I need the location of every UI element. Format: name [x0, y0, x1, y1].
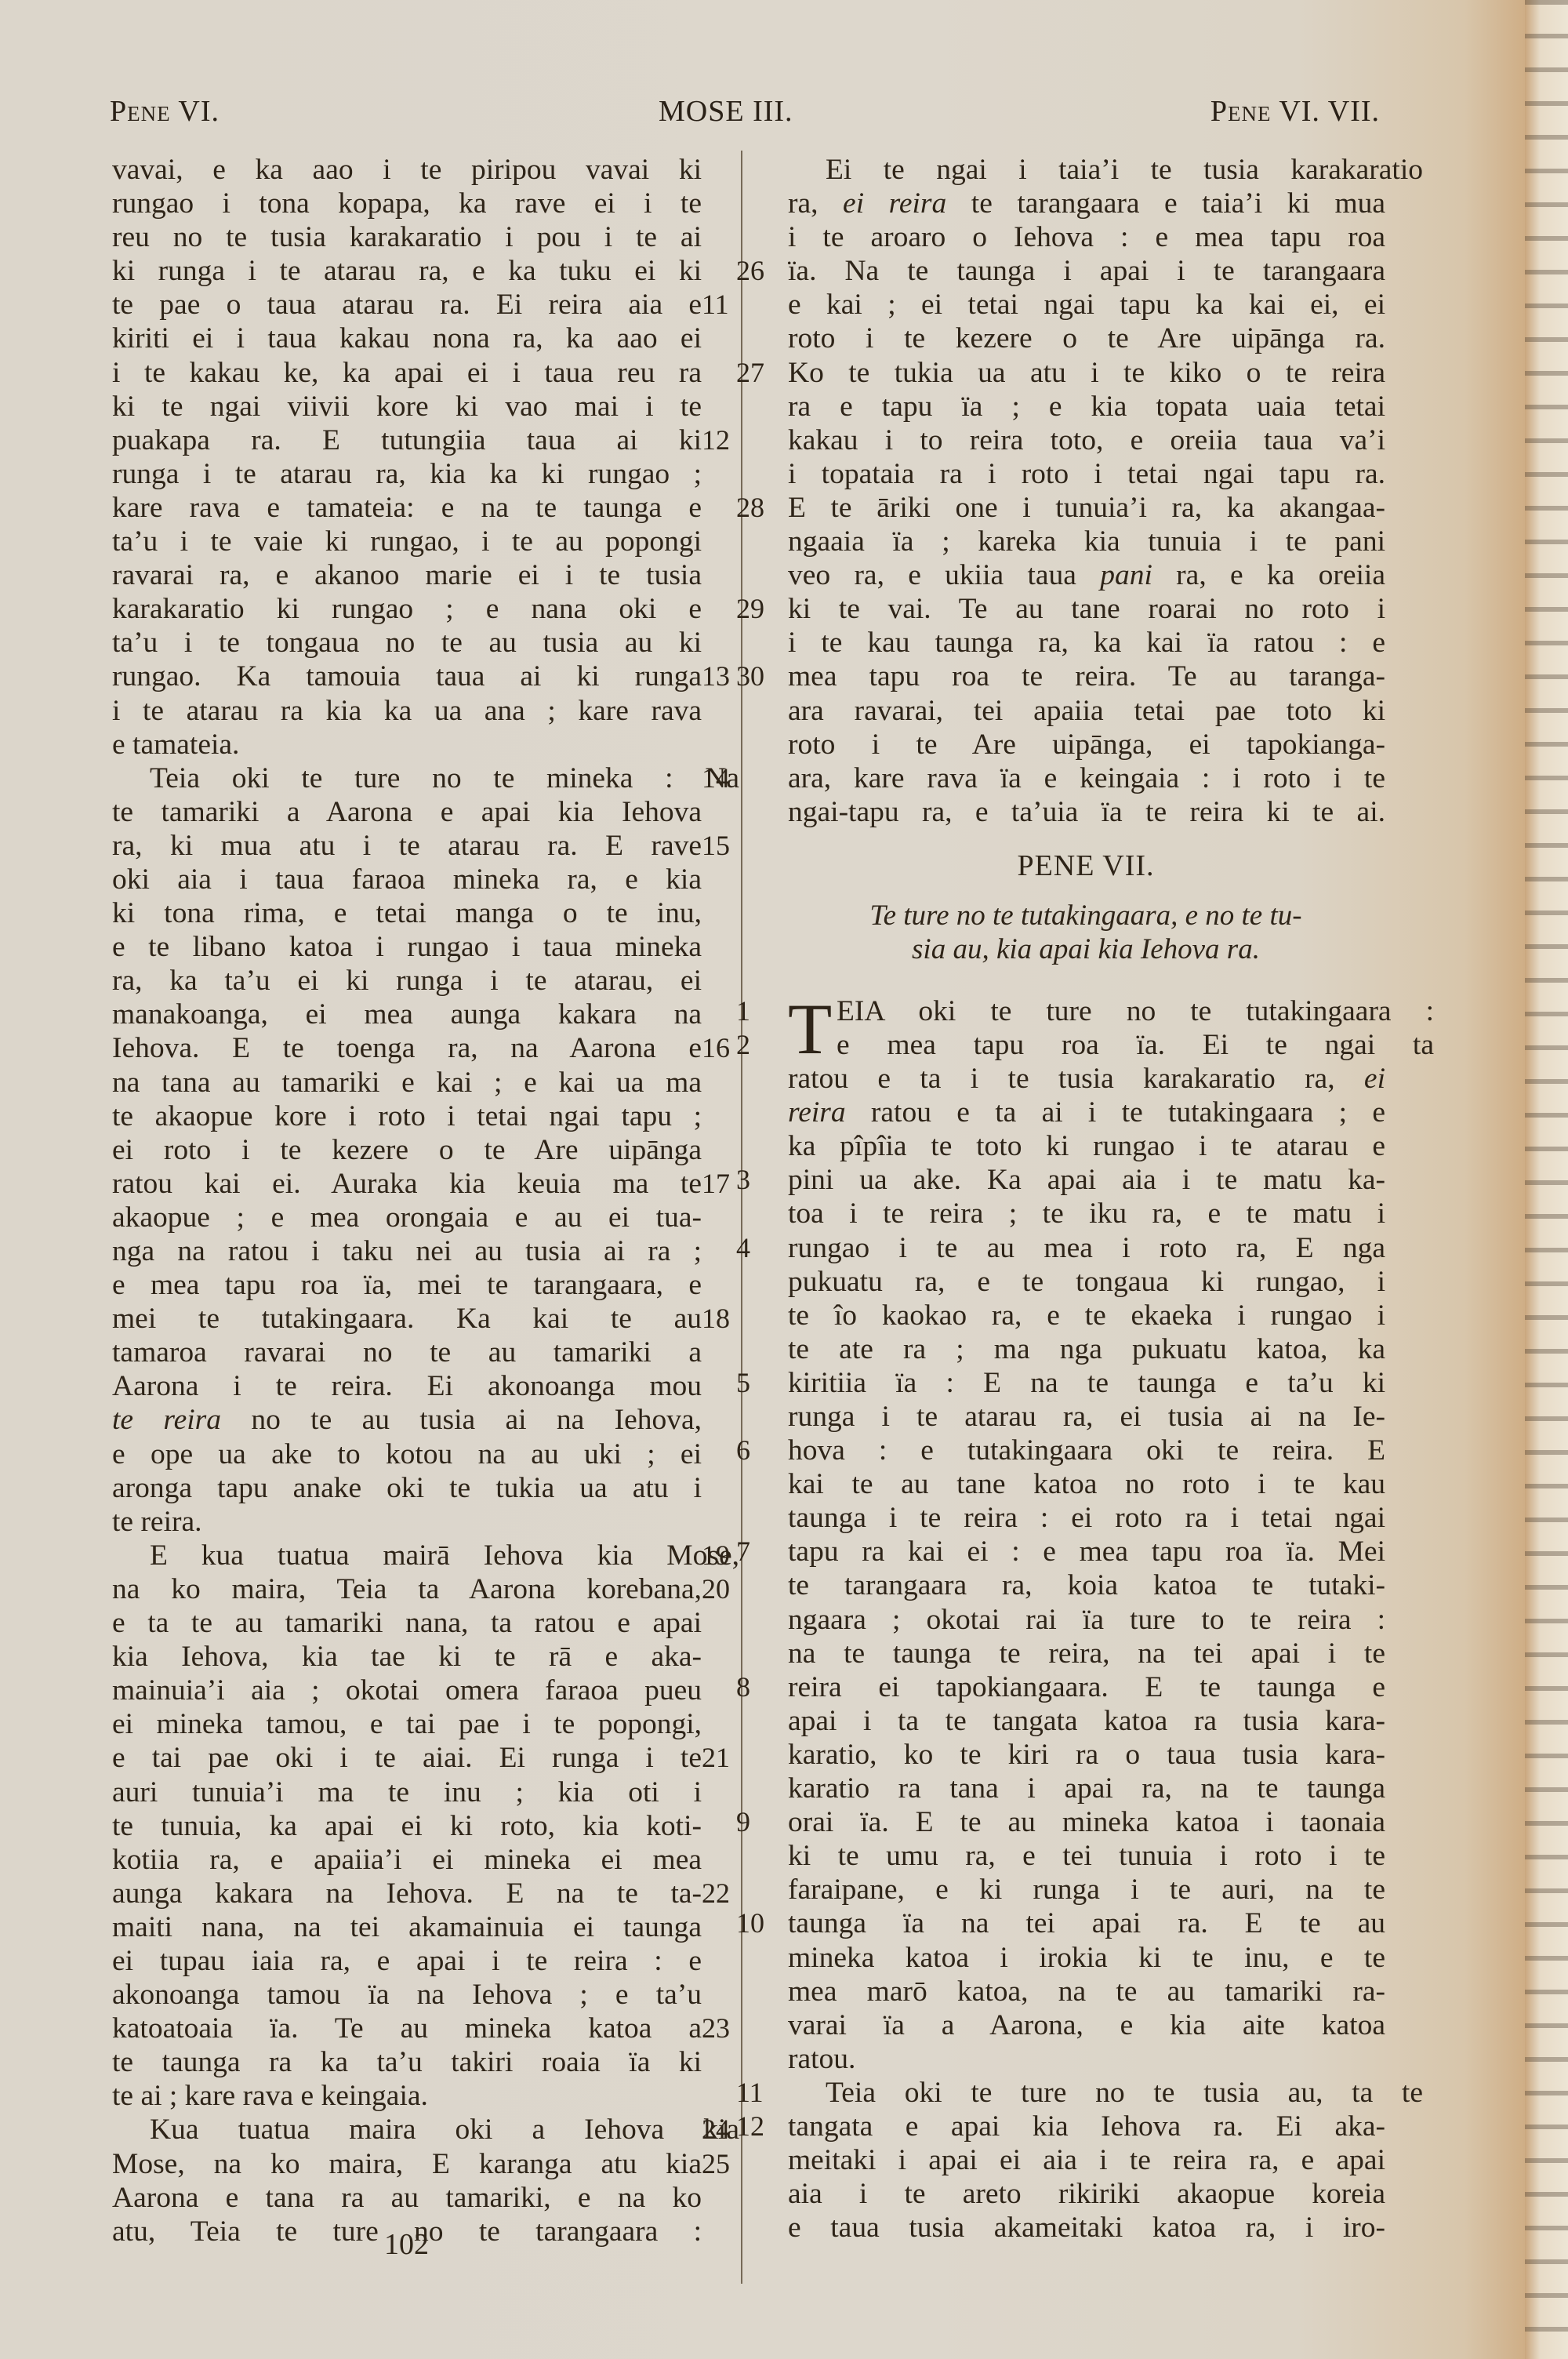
line-text: ïa. Na te taunga i apai i te tarangaara [788, 255, 1385, 287]
verse-number: 12 [736, 2110, 775, 2143]
text-line: kare rava e tamateia: e na te taunga e [112, 491, 702, 525]
text-line: ra, ka ta’u ei ki runga i te atarau, ei [112, 964, 702, 998]
chapter-summary-line: Te ture no te tutakingaara, e no te tu- [788, 899, 1384, 932]
text-line: roto i te kezere o te Are uipānga ra. [788, 322, 1385, 355]
text-line: orai ïa. E te au mineka katoa i taonaia9 [788, 1805, 1385, 1839]
text-line: pini ua ake. Ka apai aia i te matu ka-3 [788, 1163, 1385, 1197]
line-text: aia i te areto rikiriki akaopue koreia [788, 2178, 1385, 2210]
text-line: ei roto i te kezere o te Are uipānga [112, 1133, 702, 1167]
italic-text: ei [1364, 1063, 1385, 1095]
text-line: E kua tuatua mairā Iehova kia Mose,19 [112, 1539, 739, 1572]
verse-number: 26 [736, 254, 775, 288]
line-text: pini ua ake. Ka apai aia i te matu ka- [788, 1164, 1385, 1196]
text-line: mineka katoa i irokia ki te inu, e te [788, 1941, 1385, 1975]
line-text: e tamateia. [112, 729, 239, 761]
text-line: vavai, e ka aao i te piripou vavai ki [112, 153, 702, 187]
text-line: rungao i te au mea i roto ra, E nga4 [788, 1231, 1385, 1265]
text-line: kiritiia ïa : E na te taunga e ta’u ki5 [788, 1366, 1385, 1400]
text-line: E te āriki one i tunuia’i ra, ka akangaa… [788, 491, 1385, 525]
line-text: e mea tapu roa ïa, mei te tarangaara, e [112, 1269, 702, 1301]
text-line: rungao i tona kopapa, ka rave ei i te [112, 187, 702, 220]
line-text: vavai, e ka aao i te piripou vavai ki [112, 154, 702, 186]
line-text: no te au tusia ai na Iehova, [221, 1404, 702, 1436]
text-line: mei te tutakingaara. Ka kai te au18 [112, 1302, 702, 1336]
line-text: te reira. [112, 1506, 202, 1538]
line-text: ra, [788, 187, 843, 220]
verse-number: 28 [736, 491, 775, 525]
line-text: katoatoaia ïa. Te au mineka katoa a [112, 2012, 702, 2045]
line-text: aunga kakara na Iehova. E na te ta- [112, 1877, 702, 1910]
text-line: ki te umu ra, e tei tunuia i roto i te [788, 1839, 1385, 1873]
line-text: reira ei tapokiangaara. E te taunga e [788, 1671, 1385, 1703]
line-text: rungao. Ka tamouia taua ai ki runga [112, 660, 702, 692]
text-line: ratou. [788, 2042, 1385, 2076]
text-line: i te kakau ke, ka apai ei i taua reu ra [112, 356, 702, 390]
line-text: runga i te atarau ra, kia ka ki rungao ; [112, 458, 702, 490]
text-line: te reira. [112, 1505, 702, 1539]
italic-text: reira [788, 1096, 846, 1129]
line-text: te ai ; kare rava e keingaia. [112, 2080, 428, 2112]
line-text: akonoanga tamou ïa na Iehova ; e ta’u [112, 1979, 702, 2011]
line-text: akaopue ; e mea orongaia e au ei tua- [112, 1201, 702, 1234]
text-line: apai i ta te tangata katoa ra tusia kara… [788, 1704, 1385, 1738]
verse-number: 27 [736, 356, 775, 390]
text-line: roto i te Are uipānga, ei tapokianga- [788, 728, 1385, 761]
line-text: oki aia i taua faraoa mineka ra, e kia [112, 863, 702, 896]
chapter-vi-continuation: Ei te ngai i taia’i te tusia karakaratio… [788, 153, 1384, 829]
line-text: ei tupau iaia ra, e apai i te reira : e [112, 1945, 702, 1977]
text-line: ra e tapu ïa ; e kia topata uaia tetai [788, 390, 1385, 423]
text-line: ngaara ; okotai rai ïa ture to te reira … [788, 1603, 1385, 1637]
text-line: Kua tuatua maira oki a Iehova kia24 [112, 2113, 739, 2146]
line-text: e mea tapu roa ïa. Ei te ngai ta [837, 1029, 1434, 1061]
line-text: te ate ra ; ma nga pukuatu katoa, ka [788, 1333, 1385, 1365]
verse-number: 16 [702, 1031, 730, 1065]
text-line: Ei te ngai i taia’i te tusia karakaratio [788, 153, 1423, 187]
text-line: ta’u i te vaie ki rungao, i te au popong… [112, 525, 702, 558]
italic-text: te reira [112, 1404, 221, 1436]
line-text: ngaara ; okotai rai ïa ture to te reira … [788, 1604, 1385, 1636]
line-text: ka pîpîia te toto ki rungao i te atarau … [788, 1130, 1385, 1162]
line-text: taunga i te reira : ei roto ra i tetai n… [788, 1502, 1385, 1534]
line-text: maiti nana, na tei akamainuia ei taunga [112, 1911, 702, 1943]
text-line: toa i te reira ; te iku ra, e te matu i [788, 1197, 1385, 1230]
text-line: taunga ïa na tei apai ra. E te au10 [788, 1906, 1385, 1940]
text-line: te tamariki a Aarona e apai kia Iehova [112, 795, 702, 829]
verse-number: 6 [736, 1434, 775, 1467]
text-line: mea marō katoa, na te au tamariki ra- [788, 1975, 1385, 2008]
text-line: Aarona e tana ra au tamariki, e na ko [112, 2181, 702, 2215]
text-line: aronga tapu anake oki te tukia ua atu i [112, 1471, 702, 1505]
verse-number: 11 [702, 288, 729, 322]
text-line: ïa. Na te taunga i apai i te tarangaara2… [788, 254, 1385, 288]
line-text: kare rava e tamateia: e na te taunga e [112, 492, 702, 524]
line-text: kai te au tane katoa no roto i te kau [788, 1468, 1385, 1500]
verse-number: 30 [736, 660, 775, 693]
text-line: te reira no te au tusia ai na Iehova, [112, 1403, 702, 1437]
left-text-column: vavai, e ka aao i te piripou vavai kirun… [112, 153, 724, 2248]
line-text: te akaopue kore i roto i tetai ngai tapu… [112, 1100, 702, 1132]
text-line: akonoanga tamou ïa na Iehova ; e ta’u [112, 1978, 702, 2012]
line-text: mea marō katoa, na te au tamariki ra- [788, 1976, 1385, 2008]
line-text: meitaki i apai ei aia i te reira ra, e a… [788, 2144, 1385, 2176]
line-text: Kua tuatua maira oki a Iehova kia [150, 2114, 739, 2146]
verse-number: 2 [736, 1028, 775, 1062]
line-text: manakoanga, ei mea aunga kakara na [112, 998, 702, 1030]
line-text: toa i te reira ; te iku ra, e te matu i [788, 1198, 1385, 1230]
text-line: e ta te au tamariki nana, ta ratou e apa… [112, 1606, 702, 1640]
text-line: Aarona i te reira. Ei akonoanga mou [112, 1369, 702, 1403]
text-line: na tana au tamariki e kai ; e kai ua ma [112, 1066, 702, 1100]
line-text: ra, e ka oreiia [1152, 559, 1385, 591]
text-line: oki aia i taua faraoa mineka ra, e kia [112, 863, 702, 896]
chapter-summary-line: sia au, kia apai kia Iehova ra. [788, 932, 1384, 966]
text-line: varai ïa a Aarona, e kia aite katoa [788, 2008, 1385, 2042]
text-line: manakoanga, ei mea aunga kakara na [112, 998, 702, 1031]
text-line: nga na ratou i taku nei au tusia ai ra ; [112, 1234, 702, 1268]
text-line: aia i te areto rikiriki akaopue koreia [788, 2177, 1385, 2211]
line-text: mineka katoa i irokia ki te inu, e te [788, 1942, 1385, 1974]
line-text: e tai pae oki i te aiai. Ei runga i te [112, 1742, 702, 1774]
text-line: ratou kai ei. Auraka kia keuia ma te17 [112, 1167, 702, 1201]
text-line: ratou e ta i te tusia karakaratio ra, ei [788, 1062, 1385, 1096]
text-line: ravarai ra, e akanoo marie ei i te tusia [112, 558, 702, 592]
text-line: e kai ; ei tetai ngai tapu ka kai ei, ei [788, 288, 1385, 322]
chapter-heading: PENE VII. [788, 849, 1384, 883]
verse-number: 22 [702, 1877, 730, 1910]
verse-number: 11 [736, 2076, 775, 2110]
line-text: EIA oki te ture no te tutakingaara : [837, 995, 1434, 1027]
verse-number: 14 [702, 761, 730, 795]
italic-text: pani [1100, 559, 1152, 591]
line-text: roto i te Are uipānga, ei tapokianga- [788, 729, 1385, 761]
line-text: taunga ïa na tei apai ra. E te au [788, 1907, 1385, 1939]
line-text: tamaroa ravarai no te au tamariki a [112, 1336, 702, 1369]
verse-number: 12 [702, 423, 730, 457]
line-text: na ko maira, Teia ta Aarona korebana, [112, 1573, 702, 1605]
verse-number: 21 [702, 1741, 730, 1775]
line-text: te îo kaokao ra, e te ekaeka i rungao i [788, 1299, 1385, 1332]
text-line: mainuia’i aia ; okotai omera faraoa pueu [112, 1674, 702, 1707]
line-text: rungao i te au mea i roto ra, E nga [788, 1232, 1385, 1264]
line-text: ratou. [788, 2043, 855, 2075]
line-text: te tamariki a Aarona e apai kia Iehova [112, 796, 702, 828]
text-line: reira ratou e ta ai i te tutakingaara ; … [788, 1096, 1385, 1129]
text-line: hova : e tutakingaara oki te reira. E6 [788, 1434, 1385, 1467]
line-text: mei te tutakingaara. Ka kai te au [112, 1303, 702, 1335]
verse-number: 18 [702, 1302, 730, 1336]
line-text: tangata e apai kia Iehova ra. Ei aka- [788, 2110, 1385, 2143]
verse-number: 23 [702, 2012, 730, 2045]
running-head: Pene VI. MOSE III. Pene VI. VII. [110, 94, 1380, 133]
text-line: te pae o taua atarau ra. Ei reira aia e1… [112, 288, 702, 322]
verse-number: 8 [736, 1670, 775, 1704]
line-text: ra e tapu ïa ; e kia topata uaia tetai [788, 391, 1385, 423]
chapter-summary: Te ture no te tutakingaara, e no te tu- … [788, 899, 1384, 966]
line-text: Mose, na ko maira, E karanga atu kia [112, 2148, 702, 2180]
line-text: ngaaia ïa ; kareka kia tunuia i te pani [788, 525, 1385, 558]
text-line: rungao. Ka tamouia taua ai ki runga13 [112, 660, 702, 693]
text-line: tamaroa ravarai no te au tamariki a [112, 1336, 702, 1369]
line-text: orai ïa. E te au mineka katoa i taonaia [788, 1806, 1385, 1838]
text-line: i topataia ra i roto i tetai ngai tapu r… [788, 457, 1385, 491]
line-text: ki te ngai viivii kore ki vao mai i te [112, 391, 702, 423]
line-text: ta’u i te tongaua no te au tusia au ki [112, 627, 702, 659]
verse-number: 13 [702, 660, 730, 693]
line-text: tapu ra kai ei : e mea tapu roa ïa. Mei [788, 1536, 1385, 1568]
text-line: ra, ei reira te tarangaara e taia’i ki m… [788, 187, 1385, 220]
text-line: ki te vai. Te au tane roarai no roto i29 [788, 592, 1385, 626]
verse-number: 25 [702, 2147, 730, 2181]
text-line: te tarangaara ra, koia katoa te tutaki- [788, 1568, 1385, 1602]
line-text: rungao i tona kopapa, ka rave ei i te [112, 187, 702, 220]
line-text: i te kakau ke, ka apai ei i taua reu ra [112, 357, 702, 389]
italic-text: ei reira [843, 187, 946, 220]
text-line: ki runga i te atarau ra, e ka tuku ei ki [112, 254, 702, 288]
line-text: pukuatu ra, e te tongaua ki rungao, i [788, 1266, 1385, 1298]
chapter-vii-text: T EIA oki te ture no te tutakingaara :1e… [788, 994, 1384, 2245]
text-line: runga i te atarau ra, kia ka ki rungao ; [112, 457, 702, 491]
line-text: runga i te atarau ra, ei tusia ai na Ie- [788, 1401, 1385, 1433]
text-line: te îo kaokao ra, e te ekaeka i rungao i [788, 1299, 1385, 1332]
line-text: kotiia ra, e apaiia’i ei mineka ei mea [112, 1844, 702, 1876]
line-text: karatio, ko te kiri ra o taua tusia kara… [788, 1739, 1385, 1771]
text-line: te ai ; kare rava e keingaia. [112, 2079, 702, 2113]
line-text: faraipane, e ki runga i te auri, na te [788, 1874, 1385, 1906]
line-text: e te libano katoa i rungao i taua mineka [112, 931, 702, 963]
line-text: Teia oki te ture no te tusia au, ta te [826, 2077, 1423, 2109]
line-text: apai i ta te tangata katoa ra tusia kara… [788, 1705, 1385, 1737]
line-text: Aarona i te reira. Ei akonoanga mou [112, 1370, 702, 1402]
line-text: te tunuia, ka apai ei ki roto, kia koti- [112, 1810, 702, 1842]
text-line: te tunuia, ka apai ei ki roto, kia koti- [112, 1809, 702, 1843]
text-line: ki te ngai viivii kore ki vao mai i te [112, 390, 702, 423]
text-line: maiti nana, na tei akamainuia ei taunga [112, 1910, 702, 1944]
line-text: te taunga ra ka ta’u takiri roaia ïa ki [112, 2046, 702, 2078]
text-line: akaopue ; e mea orongaia e au ei tua- [112, 1201, 702, 1234]
line-text: ki runga i te atarau ra, e ka tuku ei ki [112, 255, 702, 287]
text-line: te ate ra ; ma nga pukuatu katoa, ka [788, 1332, 1385, 1366]
line-text: varai ïa a Aarona, e kia aite katoa [788, 2009, 1385, 2041]
line-text: auri tunuia’i ma te inu ; kia oti i [112, 1776, 702, 1808]
verse-number: 15 [702, 829, 730, 863]
line-text: kiritiia ïa : E na te taunga e ta’u ki [788, 1367, 1385, 1399]
text-line: e taua tusia akameitaki katoa ra, i iro- [788, 2211, 1385, 2245]
line-text: roto i te kezere o te Are uipānga ra. [788, 322, 1385, 354]
text-line: e mea tapu roa ïa. Ei te ngai ta2 [788, 1028, 1434, 1062]
text-line: kiriti ei i taua kakau nona ra, ka aao e… [112, 322, 702, 355]
line-text: kiriti ei i taua kakau nona ra, ka aao e… [112, 322, 702, 354]
text-line: katoatoaia ïa. Te au mineka katoa a23 [112, 2012, 702, 2045]
line-text: ngai-tapu ra, e ta’uia ïa te reira ki te… [788, 796, 1385, 828]
line-text: karatio ra tana i apai ra, na te taunga [788, 1772, 1385, 1805]
line-text: ki te vai. Te au tane roarai no roto i [788, 593, 1385, 625]
line-text: ei roto i te kezere o te Are uipānga [112, 1134, 702, 1166]
line-text: ratou kai ei. Auraka kia keuia ma te [112, 1168, 702, 1200]
line-text: e taua tusia akameitaki katoa ra, i iro- [788, 2212, 1385, 2244]
adjacent-page-curl [1525, 0, 1568, 2359]
line-text: i te atarau ra kia ka ua ana ; kare rava [112, 695, 702, 727]
text-line: tapu ra kai ei : e mea tapu roa ïa. Mei7 [788, 1535, 1385, 1568]
verse-number: 10 [736, 1906, 775, 1940]
text-line: faraipane, e ki runga i te auri, na te [788, 1873, 1385, 1906]
text-line: ara ravarai, tei apaiia tetai pae toto k… [788, 694, 1385, 728]
line-text: Aarona e tana ra au tamariki, e na ko [112, 2182, 702, 2214]
line-text: nga na ratou i taku nei au tusia ai ra ; [112, 1235, 702, 1267]
line-text: Iehova. E te toenga ra, na Aarona e [112, 1032, 702, 1064]
verse-number: 19 [702, 1539, 730, 1572]
text-line: ta’u i te tongaua no te au tusia au ki [112, 626, 702, 660]
text-line: ngaaia ïa ; kareka kia tunuia i te pani [788, 525, 1385, 558]
running-head-book-title: MOSE III. [659, 94, 793, 129]
text-line: ka pîpîia te toto ki rungao i te atarau … [788, 1129, 1385, 1163]
text-line: ei tupau iaia ra, e apai i te reira : e [112, 1944, 702, 1978]
page-number: 102 [384, 2227, 429, 2262]
line-text: Ei te ngai i taia’i te tusia karakaratio [826, 154, 1423, 186]
text-line: i te atarau ra kia ka ua ana ; kare rava [112, 694, 702, 728]
text-line: na te taunga te reira, na tei apai i te [788, 1637, 1385, 1670]
line-text: i te kau taunga ra, ka kai ïa ratou : e [788, 627, 1385, 659]
text-line: auri tunuia’i ma te inu ; kia oti i [112, 1776, 702, 1809]
text-line: reu no te tusia karakaratio i pou i te a… [112, 220, 702, 254]
verse-number: 29 [736, 592, 775, 626]
line-text: ravarai ra, e akanoo marie ei i te tusia [112, 559, 702, 591]
line-text: ratou e ta ai i te tutakingaara ; e [846, 1096, 1385, 1129]
book-page: Pene VI. MOSE III. Pene VI. VII. vavai, … [0, 0, 1525, 2359]
line-text: mea tapu roa te reira. Te au taranga- [788, 660, 1385, 692]
text-line: e te libano katoa i rungao i taua mineka [112, 930, 702, 964]
text-line: karatio, ko te kiri ra o taua tusia kara… [788, 1738, 1385, 1772]
text-line: aunga kakara na Iehova. E na te ta-22 [112, 1877, 702, 1910]
text-line: karatio ra tana i apai ra, na te taunga [788, 1772, 1385, 1805]
text-line: ki tona rima, e tetai manga o te inu, [112, 896, 702, 930]
line-text: te tarangaara e taia’i ki mua [946, 187, 1385, 220]
text-line: ra, ki mua atu i te atarau ra. E rave15 [112, 829, 702, 863]
line-text: karakaratio ki rungao ; e nana oki e [112, 593, 702, 625]
verse-number: 17 [702, 1167, 730, 1201]
line-text: na tana au tamariki e kai ; e kai ua ma [112, 1067, 702, 1099]
text-line: pukuatu ra, e te tongaua ki rungao, i [788, 1265, 1385, 1299]
text-line: karakaratio ki rungao ; e nana oki e [112, 592, 702, 626]
line-text: ara, kare rava ïa e keingaia : i roto i … [788, 762, 1385, 794]
column-divider-rule [741, 151, 742, 2284]
text-line: na ko maira, Teia ta Aarona korebana,20 [112, 1572, 702, 1606]
text-line: Teia oki te ture no te tusia au, ta te11 [788, 2076, 1423, 2110]
line-text: e ope ua ake to kotou na au uki ; ei [112, 1438, 702, 1470]
line-text: ei mineka tamou, e tai pae i te popongi, [112, 1708, 702, 1740]
text-line: kotiia ra, e apaiia’i ei mineka ei mea [112, 1843, 702, 1877]
line-text: Teia oki te ture no te mineka : Na [150, 762, 739, 794]
verse-number: 3 [736, 1163, 775, 1197]
line-text: hova : e tutakingaara oki te reira. E [788, 1434, 1385, 1467]
text-line: runga i te atarau ra, ei tusia ai na Ie- [788, 1400, 1385, 1434]
text-line: reira ei tapokiangaara. E te taunga e8 [788, 1670, 1385, 1704]
running-head-left: Pene VI. [110, 94, 220, 129]
verse-number: 20 [702, 1572, 730, 1606]
text-line: ngai-tapu ra, e ta’uia ïa te reira ki te… [788, 795, 1385, 829]
text-line: ei mineka tamou, e tai pae i te popongi, [112, 1707, 702, 1741]
line-text: E te āriki one i tunuia’i ra, ka akangaa… [788, 492, 1385, 524]
line-text: i te aroaro o Iehova : e mea tapu roa [788, 221, 1385, 253]
line-text: ra, ki mua atu i te atarau ra. E rave [112, 830, 702, 862]
text-line: kia Iehova, kia tae ki te rā e aka- [112, 1640, 702, 1674]
line-text: na te taunga te reira, na tei apai i te [788, 1637, 1385, 1670]
text-line: te taunga ra ka ta’u takiri roaia ïa ki [112, 2045, 702, 2079]
line-text: puakapa ra. E tutungiia taua ai ki [112, 424, 702, 456]
text-line: taunga i te reira : ei roto ra i tetai n… [788, 1501, 1385, 1535]
line-text: kia Iehova, kia tae ki te rā e aka- [112, 1641, 702, 1673]
text-line: Mose, na ko maira, E karanga atu kia25 [112, 2147, 702, 2181]
text-line: mea tapu roa te reira. Te au taranga-30 [788, 660, 1385, 693]
line-text: mainuia’i aia ; okotai omera faraoa pueu [112, 1674, 702, 1707]
line-text: e kai ; ei tetai ngai tapu ka kai ei, ei [788, 289, 1385, 321]
verse-number: 9 [736, 1805, 775, 1839]
text-line: e tamateia. [112, 728, 702, 761]
line-text: veo ra, e ukiia taua [788, 559, 1100, 591]
text-line: e ope ua ake to kotou na au uki ; ei [112, 1438, 702, 1471]
verse-number: 7 [736, 1535, 775, 1568]
line-text: kakau i to reira toto, e oreiia taua va’… [788, 424, 1385, 456]
line-text: aronga tapu anake oki te tukia ua atu i [112, 1472, 702, 1504]
text-line: kai te au tane katoa no roto i te kau [788, 1467, 1385, 1501]
line-text: ra, ka ta’u ei ki runga i te atarau, ei [112, 965, 702, 997]
text-line: i te aroaro o Iehova : e mea tapu roa [788, 220, 1385, 254]
verse-number: 1 [736, 994, 775, 1028]
text-line: kakau i to reira toto, e oreiia taua va’… [788, 423, 1385, 457]
text-line: te akaopue kore i roto i tetai ngai tapu… [112, 1100, 702, 1133]
text-line: i te kau taunga ra, ka kai ïa ratou : e [788, 626, 1385, 660]
line-text: ki te umu ra, e tei tunuia i roto i te [788, 1840, 1385, 1872]
text-line: e mea tapu roa ïa, mei te tarangaara, e [112, 1268, 702, 1302]
verse-number: 24 [702, 2113, 730, 2146]
line-text: E kua tuatua mairā Iehova kia Mose, [150, 1539, 739, 1572]
verse-number: 5 [736, 1366, 775, 1400]
line-text: ara ravarai, tei apaiia tetai pae toto k… [788, 695, 1385, 727]
text-line: Ko te tukia ua atu i te kiko o te reira2… [788, 356, 1385, 390]
line-text: ratou e ta i te tusia karakaratio ra, [788, 1063, 1364, 1095]
text-line: Iehova. E te toenga ra, na Aarona e16 [112, 1031, 702, 1065]
line-text: reu no te tusia karakaratio i pou i te a… [112, 221, 702, 253]
line-text: Ko te tukia ua atu i te kiko o te reira [788, 357, 1385, 389]
text-line: ara, kare rava ïa e keingaia : i roto i … [788, 761, 1385, 795]
line-text: te pae o taua atarau ra. Ei reira aia e [112, 289, 702, 321]
line-text: ki tona rima, e tetai manga o te inu, [112, 897, 702, 929]
text-line: tangata e apai kia Iehova ra. Ei aka-12 [788, 2110, 1385, 2143]
text-line: e tai pae oki i te aiai. Ei runga i te21 [112, 1741, 702, 1775]
text-line: puakapa ra. E tutungiia taua ai ki12 [112, 423, 702, 457]
line-text: te tarangaara ra, koia katoa te tutaki- [788, 1569, 1385, 1601]
text-line: EIA oki te ture no te tutakingaara :1 [788, 994, 1434, 1028]
running-head-right: Pene VI. VII. [1210, 94, 1380, 129]
verse-number: 4 [736, 1231, 775, 1265]
text-line: meitaki i apai ei aia i te reira ra, e a… [788, 2143, 1385, 2177]
line-text: i topataia ra i roto i tetai ngai tapu r… [788, 458, 1385, 490]
text-line: veo ra, e ukiia taua pani ra, e ka oreii… [788, 558, 1385, 592]
line-text: e ta te au tamariki nana, ta ratou e apa… [112, 1607, 702, 1639]
right-text-column: Ei te ngai i taia’i te tusia karakaratio… [788, 153, 1384, 2245]
line-text: ta’u i te vaie ki rungao, i te au popong… [112, 525, 702, 558]
text-line: Teia oki te ture no te mineka : Na14 [112, 761, 739, 795]
